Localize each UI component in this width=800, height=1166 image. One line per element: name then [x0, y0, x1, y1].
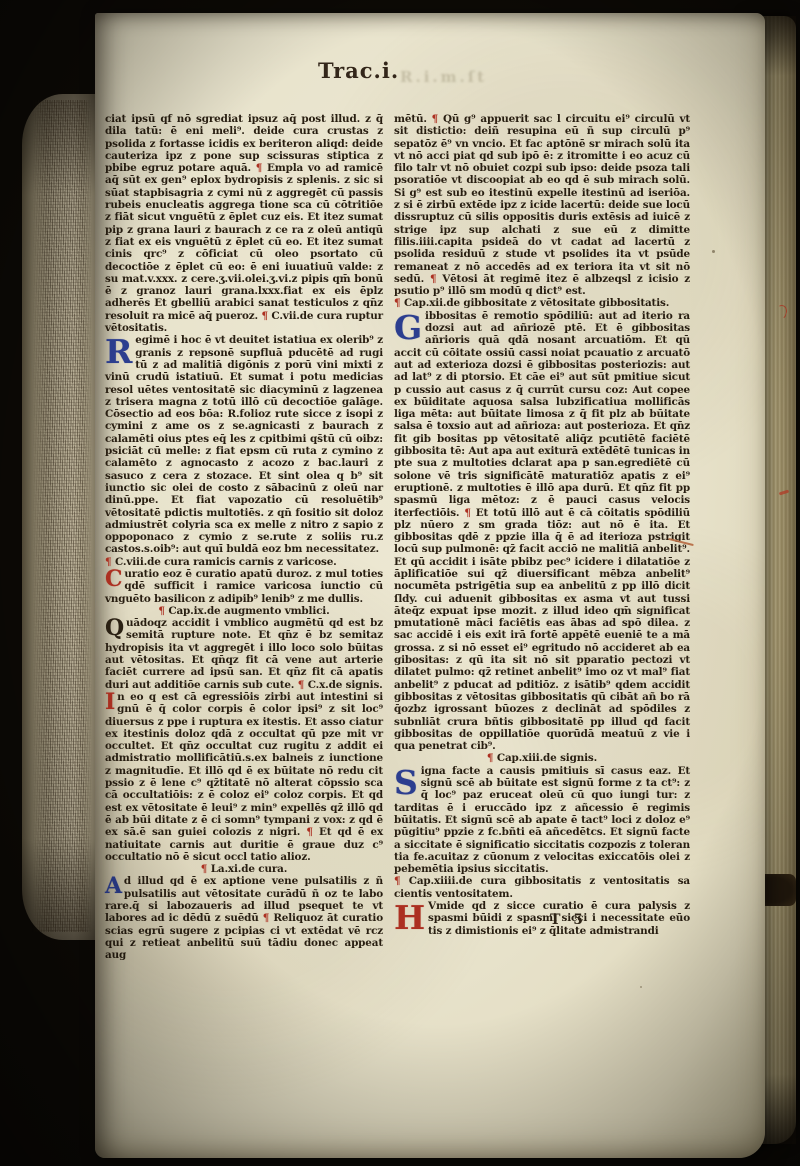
text-column-left: ciat ipsū qf nō sgrediat ipsuz aq̄ post … — [105, 113, 383, 961]
chapter-heading: ¶ Cap.xiiii.de cura gibbositatis z vento… — [394, 875, 690, 900]
illuminated-initial: R — [105, 334, 135, 369]
rubric-run: ¶ — [464, 507, 475, 519]
rubric-run: ¶ — [158, 605, 168, 617]
chapter-heading: ¶ Cap.xiii.de signis. — [394, 752, 690, 764]
rubric-run: ¶ — [432, 113, 443, 125]
rubric-run: ¶ — [306, 826, 319, 838]
facing-page-curled-edge — [22, 94, 96, 940]
text-run: mētū. — [394, 113, 432, 125]
text-run: Empla vo ad ramicē aq̄ sūt ex gen⁹ eplox… — [105, 162, 383, 322]
dust-speck — [640, 986, 642, 988]
text-paragraph: Regimē i hoc ē vt deuitet istatiua ex ol… — [105, 334, 383, 555]
rubric-run: ¶ — [487, 752, 497, 764]
chapter-heading: ¶ Cap.xii.de gibbositate z vētositate gi… — [394, 297, 690, 309]
rubric-run: ¶ — [263, 912, 274, 924]
chapter-heading: ¶ La.xi.de cura. — [105, 863, 383, 875]
text-run: Et totū illō aut ē cā cōitatis spōdiliū … — [394, 507, 690, 753]
text-paragraph: Signa facte a causis pmitiuis sī casus e… — [394, 765, 690, 876]
text-run: igna facte a causis pmitiuis sī casus ea… — [394, 765, 690, 875]
text-run: Cap.xii.de gibbositate z vētositate gibb… — [404, 297, 669, 309]
text-run: ibbositas ē remotio spōdiliū: aut ad ite… — [394, 310, 690, 519]
text-column-right: mētū. ¶ Qū g⁹ appuerit sac l circuitu ei… — [394, 113, 690, 937]
text-run: C.viii.de cura ramicis carnis z varicose… — [115, 556, 337, 568]
illuminated-initial: S — [394, 765, 421, 800]
text-paragraph: Curatio eoz ē curatio apatū duroz. z mul… — [105, 568, 383, 605]
text-run: La.xi.de cura. — [211, 863, 288, 875]
facing-page-microtext — [32, 100, 92, 932]
text-run: Cap.ix.de augmento vmblici. — [168, 605, 329, 617]
text-paragraph: Quādoqz accidit i vmblico augmētū qd est… — [105, 617, 383, 691]
illuminated-initial: C — [105, 568, 124, 591]
text-paragraph: mētū. ¶ Qū g⁹ appuerit sac l circuitu ei… — [394, 113, 690, 297]
rubric-run: ¶ — [394, 297, 404, 309]
text-run: uratio eoz ē curatio apatū duroz. z mul … — [105, 568, 383, 605]
text-paragraph: Gibbositas ē remotio spōdiliū: aut ad it… — [394, 310, 690, 753]
illuminated-initial: Q — [105, 617, 126, 640]
chapter-heading: ¶ Cap.ix.de augmento vmblici. — [105, 605, 383, 617]
text-run: n eo q est cā egressiōis zirbi aut intes… — [105, 691, 383, 838]
chapter-heading: ¶ C.viii.de cura ramicis carnis z varico… — [105, 556, 383, 568]
ink-showthrough: R.i.m.ſt — [400, 68, 610, 86]
book-page: Trac.i. R.i.m.ſt ciat ipsū qf nō sgredia… — [95, 13, 765, 1158]
rubric-run: ¶ — [201, 863, 211, 875]
text-paragraph: ciat ipsū qf nō sgrediat ipsuz aq̄ post … — [105, 113, 383, 334]
rubric-run: ¶ — [394, 875, 409, 887]
illuminated-initial: H — [394, 900, 428, 935]
rubric-run: ¶ — [430, 273, 442, 285]
text-paragraph: Ad illud qd ē ex aptione vene pulsatilis… — [105, 875, 383, 961]
text-paragraph: In eo q est cā egressiōis zirbi aut inte… — [105, 691, 383, 863]
text-run: egimē i hoc ē vt deuitet istatiua ex ole… — [105, 334, 383, 555]
text-run: Cap.xiii.de signis. — [497, 752, 597, 764]
illuminated-initial: A — [105, 875, 124, 898]
text-run: Cap.xiiii.de cura gibbositatis z ventosi… — [394, 875, 690, 899]
book-photograph: Trac.i. R.i.m.ſt ciat ipsū qf nō sgredia… — [0, 0, 800, 1166]
illuminated-initial: G — [394, 310, 425, 345]
quire-signature: T 5 — [550, 912, 670, 928]
text-run: C.x.de signis. — [308, 679, 383, 691]
illuminated-initial: I — [105, 691, 117, 714]
running-head: Trac.i. — [318, 58, 399, 83]
rubric-run: ¶ — [298, 679, 308, 691]
rubric-run: ¶ — [105, 556, 115, 568]
dust-speck — [712, 250, 715, 253]
rubric-run: ¶ — [256, 162, 267, 174]
rubric-run: ¶ — [261, 310, 271, 322]
text-run: Qū g⁹ appuerit sac l circuitu ei⁹ circul… — [394, 113, 690, 285]
